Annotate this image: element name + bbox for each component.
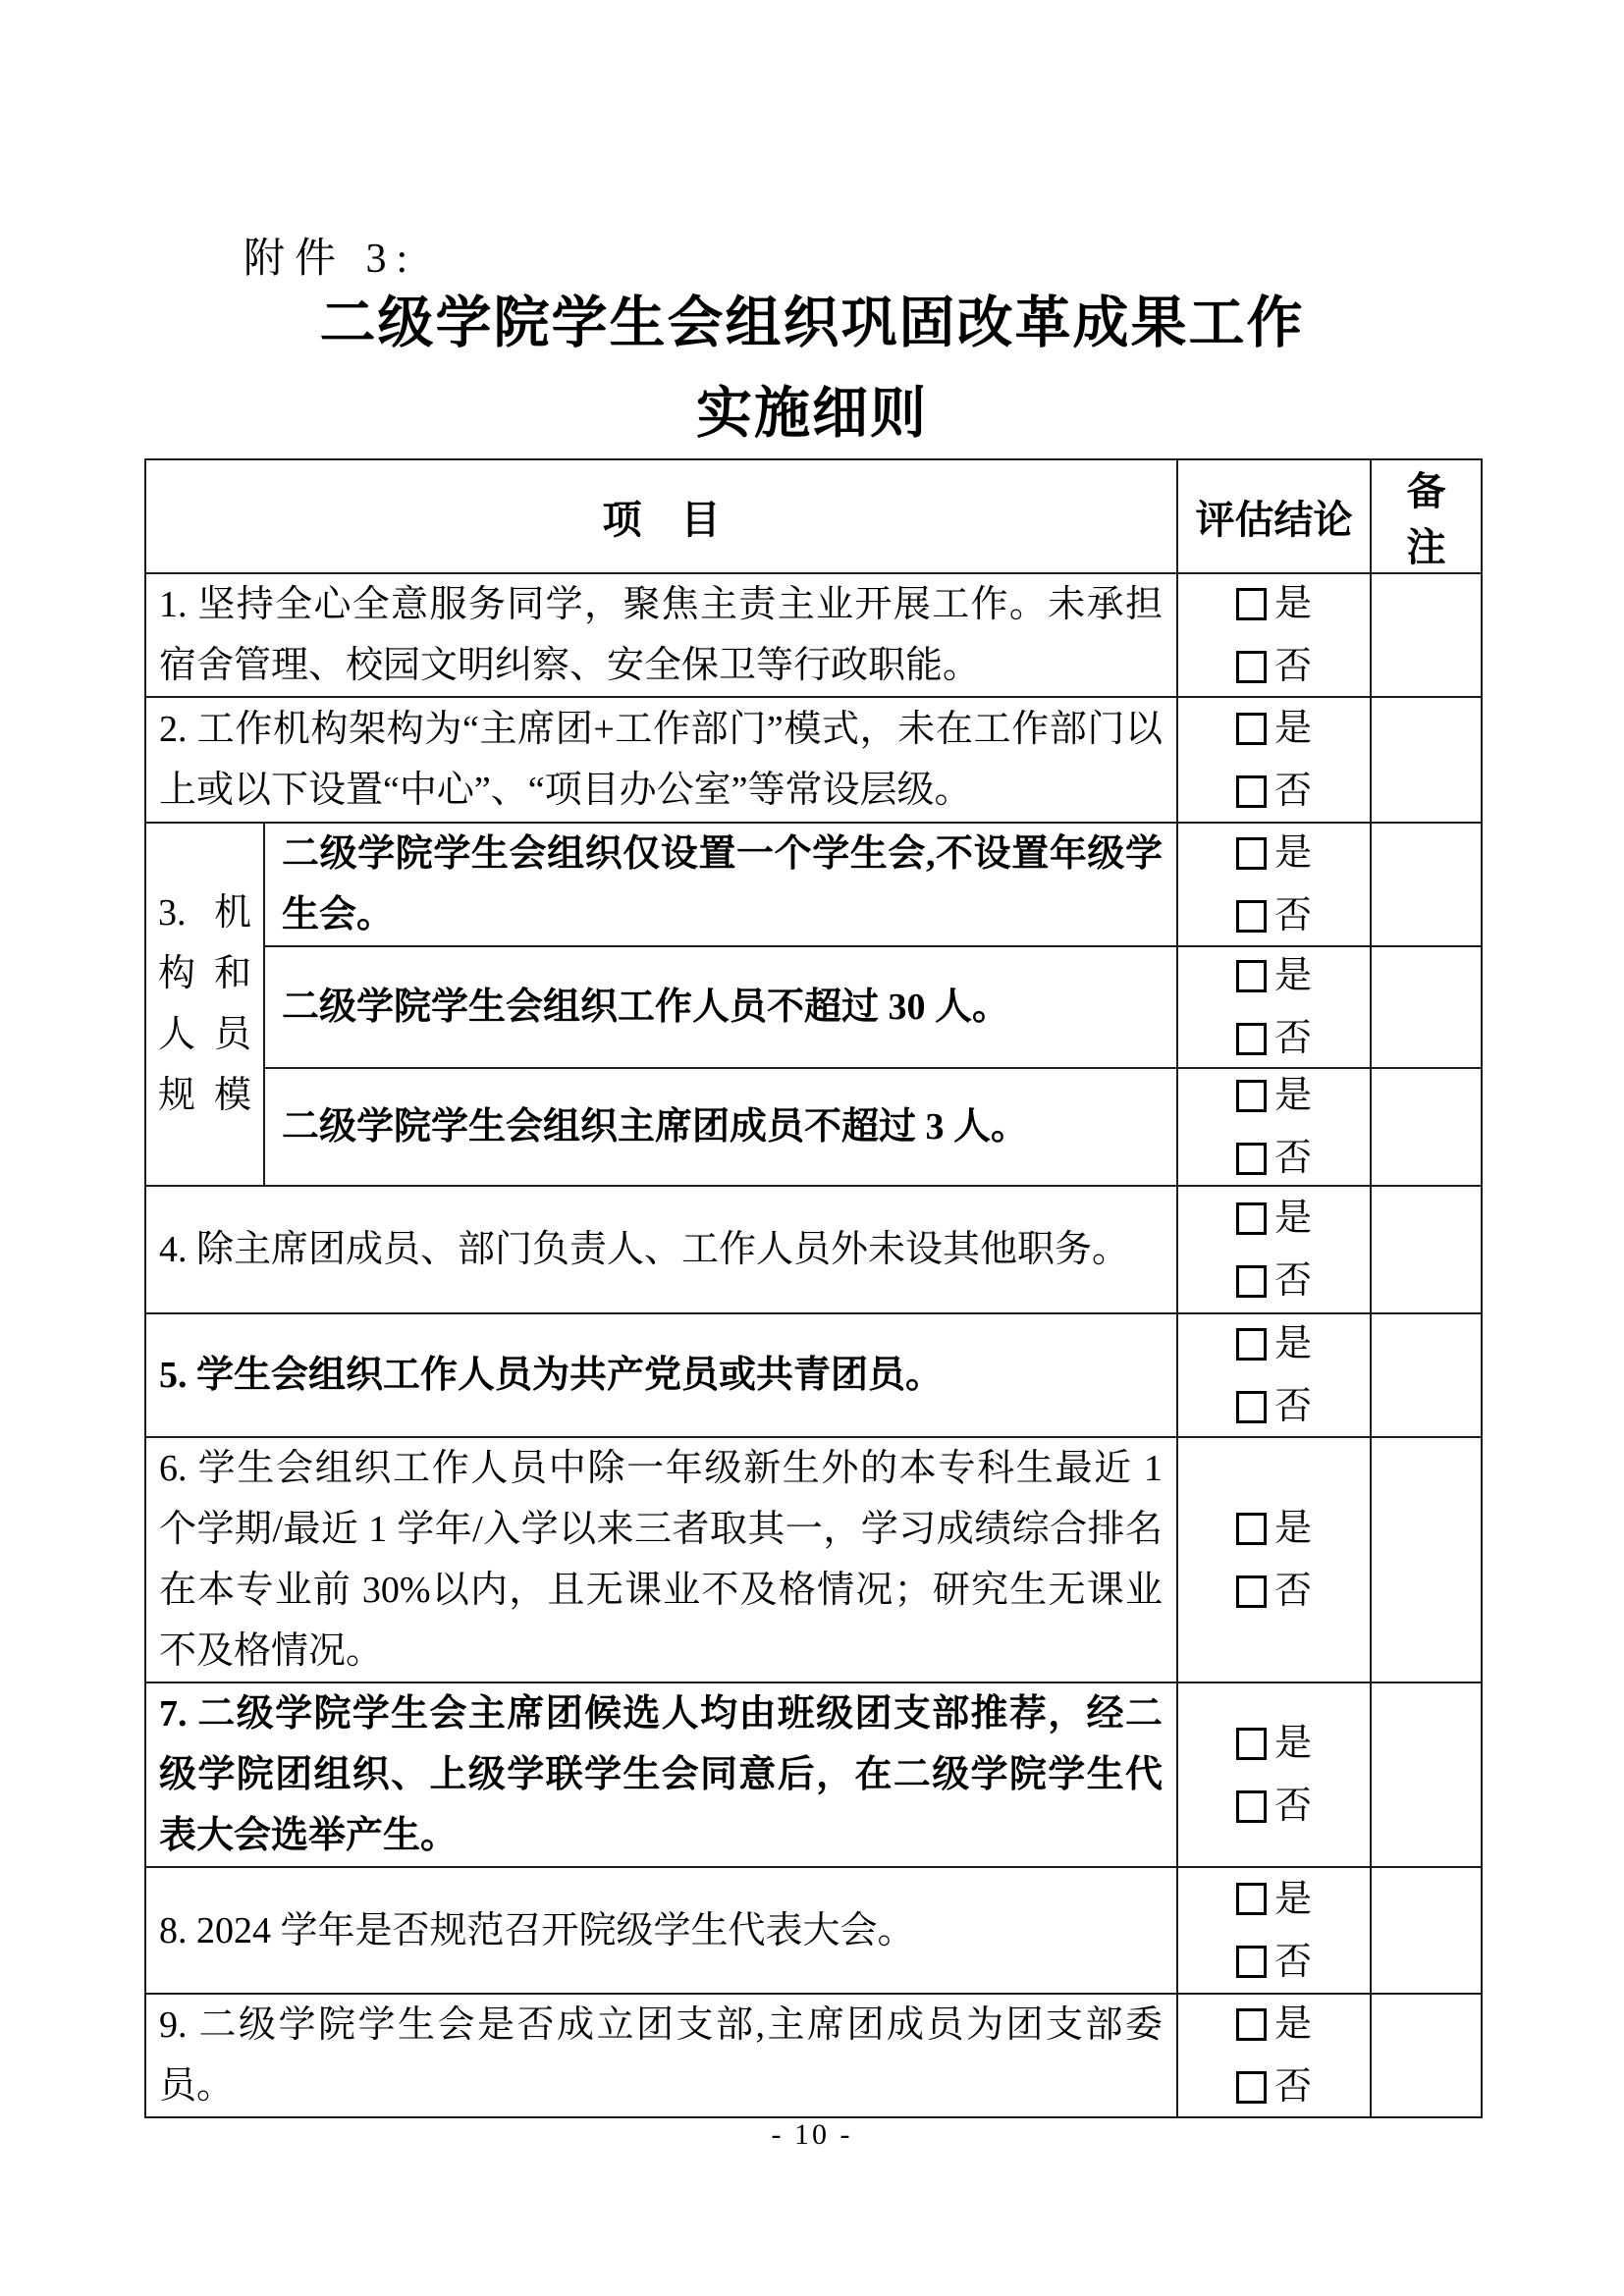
attachment-label: 附件 3: [244, 226, 417, 285]
item-cell: 1. 坚持全心全意服务同学，聚焦主责主业开展工作。未承担宿舍管理、校园文明纠察、… [145, 573, 1177, 697]
item-cell: 4. 除主席团成员、部门负责人、工作人员外未设其他职务。 [145, 1186, 1177, 1313]
page-number: - 10 - [0, 2118, 1624, 2152]
document-title-line1: 二级学院学生会组织巩固改革成果工作 [0, 293, 1624, 355]
conclusion-cell: 是否 [1177, 1682, 1371, 1867]
yes-label: 是 [1274, 1725, 1312, 1762]
checkbox-option-yes: 是 [1236, 1200, 1312, 1237]
checkbox-option-no: 否 [1236, 2068, 1312, 2106]
checkbox-option-no: 否 [1236, 897, 1312, 934]
table-row: 2. 工作机构架构为“主席团+工作部门”模式，未在工作部门以上或以下设置“中心”… [145, 697, 1482, 823]
no-checkbox[interactable] [1236, 775, 1267, 808]
yes-checkbox[interactable] [1236, 1202, 1267, 1235]
yes-label: 是 [1274, 710, 1312, 747]
checkbox-option-yes: 是 [1236, 2005, 1312, 2043]
checkbox-option-no: 否 [1236, 1262, 1312, 1300]
checkbox-option-yes: 是 [1236, 957, 1312, 994]
checkbox-option-yes: 是 [1236, 710, 1312, 747]
remark-cell [1371, 697, 1482, 823]
yes-checkbox[interactable] [1236, 960, 1267, 992]
table-row: 二级学院学生会组织工作人员不超过 30 人。是否 [145, 946, 1482, 1068]
item-cell: 7. 二级学院学生会主席团候选人均由班级团支部推荐，经二级学院团组织、上级学联学… [145, 1682, 1177, 1867]
no-label: 否 [1274, 1020, 1312, 1057]
no-checkbox[interactable] [1236, 1790, 1267, 1823]
no-label: 否 [1274, 1262, 1312, 1300]
checkbox-option-no: 否 [1236, 1788, 1312, 1825]
checkbox-option-yes: 是 [1236, 1725, 1312, 1762]
checkbox-option-no: 否 [1236, 1388, 1312, 1425]
checkbox-group: 是否 [1178, 2005, 1370, 2106]
no-checkbox[interactable] [1236, 1265, 1267, 1298]
item-cell: 8. 2024 学年是否规范召开院级学生代表大会。 [145, 1867, 1177, 1994]
yes-label: 是 [1274, 2005, 1312, 2043]
evaluation-table: 项 目 评估结论 备 注 1. 坚持全心全意服务同学，聚焦主责主业开展工作。未承… [144, 458, 1483, 2118]
conclusion-cell: 是否 [1177, 1186, 1371, 1313]
table-header-row: 项 目 评估结论 备 注 [145, 459, 1482, 573]
yes-checkbox[interactable] [1236, 1080, 1267, 1112]
checkbox-group: 是否 [1178, 1200, 1370, 1300]
yes-checkbox[interactable] [1236, 713, 1267, 745]
column-header-conclusion: 评估结论 [1177, 459, 1371, 573]
remark-cell [1371, 1867, 1482, 1994]
item-cell: 5. 学生会组织工作人员为共产党员或共青团员。 [145, 1313, 1177, 1437]
table-row: 5. 学生会组织工作人员为共产党员或共青团员。是否 [145, 1313, 1482, 1437]
remark-cell [1371, 573, 1482, 697]
conclusion-cell: 是否 [1177, 1867, 1371, 1994]
checkbox-group: 是否 [1178, 585, 1370, 685]
conclusion-cell: 是否 [1177, 1068, 1371, 1186]
checkbox-option-no: 否 [1236, 1944, 1312, 1981]
yes-label: 是 [1274, 834, 1312, 872]
yes-checkbox[interactable] [1236, 1513, 1267, 1545]
yes-checkbox[interactable] [1236, 588, 1267, 620]
yes-label: 是 [1274, 1077, 1312, 1114]
yes-checkbox[interactable] [1236, 1328, 1267, 1361]
table-row: 9. 二级学院学生会是否成立团支部,主席团成员为团支部委员。是否 [145, 1994, 1482, 2117]
conclusion-cell: 是否 [1177, 1437, 1371, 1682]
no-label: 否 [1274, 1788, 1312, 1825]
yes-label: 是 [1274, 585, 1312, 622]
conclusion-cell: 是否 [1177, 697, 1371, 823]
table-row: 3. 机构和人员规模二级学院学生会组织仅设置一个学生会,不设置年级学生会。是否 [145, 823, 1482, 946]
conclusion-cell: 是否 [1177, 1313, 1371, 1437]
checkbox-group: 是否 [1178, 1077, 1370, 1177]
checkbox-option-yes: 是 [1236, 1510, 1312, 1547]
conclusion-cell: 是否 [1177, 823, 1371, 946]
checkbox-option-no: 否 [1236, 1573, 1312, 1610]
remark-cell [1371, 946, 1482, 1068]
group-label-cell: 3. 机构和人员规模 [145, 823, 264, 1186]
yes-label: 是 [1274, 1200, 1312, 1237]
no-checkbox[interactable] [1236, 1575, 1267, 1608]
table-row: 6. 学生会组织工作人员中除一年级新生外的本专科生最近 1 个学期/最近 1 学… [145, 1437, 1482, 1682]
remark-cell [1371, 1068, 1482, 1186]
item-cell: 2. 工作机构架构为“主席团+工作部门”模式，未在工作部门以上或以下设置“中心”… [145, 697, 1177, 823]
yes-label: 是 [1274, 957, 1312, 994]
no-label: 否 [1274, 648, 1312, 685]
item-cell: 二级学院学生会组织工作人员不超过 30 人。 [264, 946, 1177, 1068]
checkbox-option-no: 否 [1236, 648, 1312, 685]
no-checkbox[interactable] [1236, 2071, 1267, 2104]
no-checkbox[interactable] [1236, 1023, 1267, 1055]
item-cell: 6. 学生会组织工作人员中除一年级新生外的本专科生最近 1 个学期/最近 1 学… [145, 1437, 1177, 1682]
table-row: 1. 坚持全心全意服务同学，聚焦主责主业开展工作。未承担宿舍管理、校园文明纠察、… [145, 573, 1482, 697]
remark-cell [1371, 1437, 1482, 1682]
no-label: 否 [1274, 1944, 1312, 1981]
yes-label: 是 [1274, 1325, 1312, 1362]
checkbox-group: 是否 [1178, 710, 1370, 810]
item-cell: 二级学院学生会组织主席团成员不超过 3 人。 [264, 1068, 1177, 1186]
conclusion-cell: 是否 [1177, 573, 1371, 697]
conclusion-cell: 是否 [1177, 1994, 1371, 2117]
yes-checkbox[interactable] [1236, 2008, 1267, 2041]
no-label: 否 [1274, 1388, 1312, 1425]
no-checkbox[interactable] [1236, 1143, 1267, 1175]
no-label: 否 [1274, 897, 1312, 934]
yes-label: 是 [1274, 1881, 1312, 1918]
table-row: 二级学院学生会组织主席团成员不超过 3 人。是否 [145, 1068, 1482, 1186]
no-checkbox[interactable] [1236, 900, 1267, 933]
table-row: 4. 除主席团成员、部门负责人、工作人员外未设其他职务。是否 [145, 1186, 1482, 1313]
no-checkbox[interactable] [1236, 1391, 1267, 1423]
no-label: 否 [1274, 773, 1312, 810]
no-label: 否 [1274, 1573, 1312, 1610]
checkbox-option-yes: 是 [1236, 585, 1312, 622]
document-title-line2: 实施细则 [0, 383, 1624, 446]
no-label: 否 [1274, 2068, 1312, 2106]
yes-checkbox[interactable] [1236, 1728, 1267, 1760]
checkbox-option-yes: 是 [1236, 1077, 1312, 1114]
conclusion-cell: 是否 [1177, 946, 1371, 1068]
checkbox-group: 是否 [1178, 834, 1370, 934]
checkbox-option-yes: 是 [1236, 834, 1312, 872]
checkbox-option-no: 否 [1236, 1020, 1312, 1057]
remark-cell [1371, 1994, 1482, 2117]
no-checkbox[interactable] [1236, 1946, 1267, 1978]
checkbox-option-yes: 是 [1236, 1881, 1312, 1918]
remark-cell [1371, 1186, 1482, 1313]
checkbox-option-yes: 是 [1236, 1325, 1312, 1362]
checkbox-option-no: 否 [1236, 773, 1312, 810]
remark-cell [1371, 1313, 1482, 1437]
yes-label: 是 [1274, 1510, 1312, 1547]
document-page: 附件 3: 二级学院学生会组织巩固改革成果工作 实施细则 项 目 评估结论 备 … [0, 0, 1624, 2296]
table-row: 8. 2024 学年是否规范召开院级学生代表大会。是否 [145, 1867, 1482, 1994]
checkbox-option-no: 否 [1236, 1140, 1312, 1177]
checkbox-group: 是否 [1178, 1510, 1370, 1610]
remark-cell [1371, 1682, 1482, 1867]
no-checkbox[interactable] [1236, 651, 1267, 683]
column-header-item: 项 目 [145, 459, 1177, 573]
no-label: 否 [1274, 1140, 1312, 1177]
column-header-remark: 备 注 [1371, 459, 1482, 573]
checkbox-group: 是否 [1178, 957, 1370, 1057]
item-cell: 9. 二级学院学生会是否成立团支部,主席团成员为团支部委员。 [145, 1994, 1177, 2117]
checkbox-group: 是否 [1178, 1881, 1370, 1981]
table-row: 7. 二级学院学生会主席团候选人均由班级团支部推荐，经二级学院团组织、上级学联学… [145, 1682, 1482, 1867]
checkbox-group: 是否 [1178, 1325, 1370, 1425]
remark-cell [1371, 823, 1482, 946]
yes-checkbox[interactable] [1236, 837, 1267, 870]
item-cell: 二级学院学生会组织仅设置一个学生会,不设置年级学生会。 [264, 823, 1177, 946]
checkbox-group: 是否 [1178, 1725, 1370, 1825]
yes-checkbox[interactable] [1236, 1883, 1267, 1915]
